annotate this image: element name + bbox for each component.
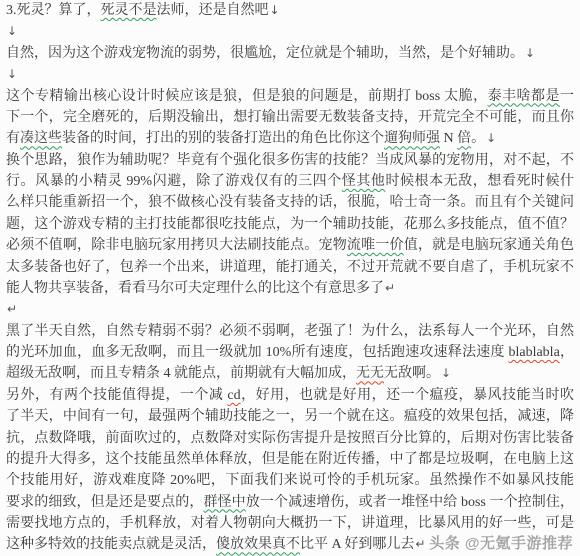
text-line: ↓ [6,21,574,42]
text-run: 一 [560,89,574,104]
text-line: 黑了半天自然，自然专精弱不弱？必须不弱啊，老强了！为什么，法系每人一个光环，自然 [6,321,574,342]
text-run: 了半天，中间有一句，最强两个辅助技能之一，另一个就在这。瘟疫的效果包括，减速，降 [6,409,574,424]
text-line: 必须不值啊，除非电脑玩家用拷贝大法刷技能点。宠物流唯一价值，就是电脑玩家通关角色 [6,235,574,256]
text-run: ， [560,345,574,360]
text-line: 抗，点数降哦，前面吹过的，点数降对实际伤害提升是按照百分比算的，后期对伤害比装备 [6,428,574,449]
text-line: 3.死灵？算了，死灵不是法师，还是自然吧↓ [6,0,574,21]
text-run: 黑了半天自然，自然专精弱不弱？必须不弱啊，老强了！为什么，法系每人一个光环，自然 [6,324,574,339]
text-line: 个技能用好，游戏难度降 20%吧，下面我们来说可怜的手机玩家。虽然操作不如暴风技… [6,470,574,491]
grammar-check-underline: 凑这些 [20,131,62,146]
line-break-mark: ↓ [524,46,535,60]
text-run: 无敌啊。 [384,366,440,381]
text-run: 下一个，完全磨死的，后期没输出，想打输出需要无数装备支持，开荒完全不可能，而且你 [6,110,574,125]
text-run: 这个专精输出核心设计时候应该是狼，但是狼的问题是，前期打 boss 太脆， [6,89,488,104]
grammar-check-underline: 倍 [457,131,471,146]
text-run: 超级无敌啊，而且专精条 4 就能点，前期就有大幅加成， [6,366,356,381]
text-line: 有凑这些装备的时间，打出的别的装备打造出的角色比你这个遛狗师强 N 倍。↓ [6,128,574,149]
text-run: 装备的时间，打出的别的装备打造出的角色比你这个 [62,131,384,146]
text-run: 有 [6,131,20,146]
line-break-mark: ↓ [6,67,17,81]
text-run: 另外，有两个技能值得提，一个减 [6,388,227,403]
grammar-check-underline: 傻放效果真不 [216,537,300,552]
text-run: 么样只能重新招一个，狼不做核心没有装备支持的话，很脆，哈士奇一条。而且有个关键问 [6,195,574,210]
line-break-mark: ↓ [269,3,280,17]
text-line: 换个思路，狼作为辅助呢？毕竟有个强化很多伤害的技能？当成风暴的宠物用，对不起，不 [6,150,574,171]
grammar-check-underline: 怪其他 [342,174,386,189]
text-run: ，好用，也就是好用，还一个瘟疫，暴风技能当时吹 [241,388,574,403]
text-line: 这个专精输出核心设计时候应该是狼，但是狼的问题是，前期打 boss 太脆，泰丰啥… [6,86,574,107]
grammar-check-underline: 泰丰啥都是 [488,89,560,104]
text-run: 要求的细致，但是还是要点的， [6,495,203,510]
word-document-page: 3.死灵？算了，死灵不是法师，还是自然吧↓↓自然，因为这个游戏宠物流的弱势，很尴… [0,0,580,556]
text-run: 题，这个游戏专精的主打技能都很吃技能点，为一个辅助技能，花那么多技能点，值不值？ [6,217,574,232]
text-run: 。 [471,131,485,146]
text-run: 这种多特效的技能卖点就是灵活， [6,537,216,552]
text-run: 自然，因为这个游戏宠物流的弱势，很尴尬，定位就是个辅助，当然，是个好辅助。 [6,46,524,61]
text-run: 能人物共享装备，看看马尔可夫定理什么的比这个有意思多了 [6,281,384,296]
text-run: 行。风暴的小精灵 99%闪避，除了游戏仅有的三四个 [6,174,342,189]
grammar-check-underline: 群怪中 [203,495,245,510]
line-break-mark: ↓ [440,366,451,380]
text-run: 必须不值啊，除非电脑玩家用拷贝大法刷技能点。宠物 [6,238,347,253]
text-line: 太多装备也好了，包养一个出来，讲道理，能打通关，不过开荒就不要自虐了，手机玩家不 [6,257,574,278]
paragraph-mark: ↵ [384,281,395,295]
text-line: 超级无敌啊，而且专精条 4 就能点，前期就有大幅加成，无无无敌啊。↓ [6,363,574,384]
spellcheck-underline: 无无 [356,366,384,381]
text-run: 时候根本无敌，想看死时候什 [385,174,574,189]
text-line: 的光环加血，血多无敌啊，而且一级就加 10%所有速度，包括跑速攻速释法速度 bl… [6,342,574,363]
text-line: 能人物共享装备，看看马尔可夫定理什么的比这个有意思多了↵ [6,278,574,299]
spellcheck-underline: blablabla [508,345,559,360]
text-run: 太多装备也好了，包养一个出来，讲道理，能打通关，不过开荒就不要自虐了，手机玩家不 [6,260,574,275]
paragraph-mark: ↵ [6,302,17,316]
text-line: 么样只能重新招一个，狼不做核心没有装备支持的话，很脆，哈士奇一条。而且有个关键问 [6,192,574,213]
text-line: ↵ [6,299,574,320]
text-run: 的提升大得多，这个技能虽然单体释放，但是能在附近传播，中了都是垃圾啊，在电脑上这 [6,452,574,467]
text-run: 值，就是电脑玩家通关角色 [404,238,574,253]
grammar-check-underline: 遛狗师强 [384,131,440,146]
text-line: 题，这个游戏专精的主打技能都很吃技能点，为一个辅助技能，花那么多技能点，值不值？ [6,214,574,235]
text-run: 法师，还是自然吧 [157,3,269,18]
text-line: ↓ [6,64,574,85]
toutiao-watermark: 头条 @无氪手游推荐 [429,532,573,553]
text-run: 个技能用好，游戏难度降 20%吧，下面我们来说可怜的手机玩家。虽然操作不如暴风技… [6,473,574,488]
paragraph-mark: ↵ [414,537,425,551]
text-line: 自然，因为这个游戏宠物流的弱势，很尴尬，定位就是个辅助，当然，是个好辅助。↓ [6,43,574,64]
grammar-check-underline: 死灵不是 [101,3,157,18]
spellcheck-underline: cd [227,388,240,403]
text-line: 行。风暴的小精灵 99%闪避，除了游戏仅有的三四个怪其他时候根本无敌，想看死时候… [6,171,574,192]
line-break-mark: ↓ [6,24,17,38]
text-run: 3.死灵？算了， [6,3,101,18]
text-run: 的光环加血，血多无敌啊，而且一级就加 10%所有速度，包括跑速攻速释法速度 [6,345,508,360]
text-run: N [440,131,457,146]
text-run: 换个思路，狼作为辅助呢？毕竟有个强化很多伤害的技能？当成风暴的宠物用，对不起，不 [6,153,574,168]
text-line: 了半天，中间有一句，最强两个辅助技能之一，另一个就在这。瘟疫的效果包括，减速，降 [6,406,574,427]
text-run: 放一个减速增伤，或者一堆怪中给 boss 一个控制住， [246,495,574,510]
document-body: 3.死灵？算了，死灵不是法师，还是自然吧↓↓自然，因为这个游戏宠物流的弱势，很尴… [6,0,574,556]
text-run: 比平 A 好到哪儿去 [300,537,414,552]
text-run: 抗，点数降哦，前面吹过的，点数降对实际伤害提升是按照百分比算的，后期对伤害比装备 [6,431,574,446]
text-line: 下一个，完全磨死的，后期没输出，想打输出需要无数装备支持，开荒完全不可能，而且你 [6,107,574,128]
text-line: 另外，有两个技能值得提，一个减 cd，好用，也就是好用，还一个瘟疫，暴风技能当时… [6,385,574,406]
text-run: 需要找地方点的，手机释放，对着人物朝向大概扔一下，讲道理，比暴风用的好一些，可是 [6,516,574,531]
text-line: 的提升大得多，这个技能虽然单体释放，但是能在附近传播，中了都是垃圾啊，在电脑上这 [6,449,574,470]
grammar-check-underline: 流唯一价 [347,238,404,253]
line-break-mark: ↓ [485,131,496,145]
text-line: 要求的细致，但是还是要点的，群怪中放一个减速增伤，或者一堆怪中给 boss 一个… [6,492,574,513]
